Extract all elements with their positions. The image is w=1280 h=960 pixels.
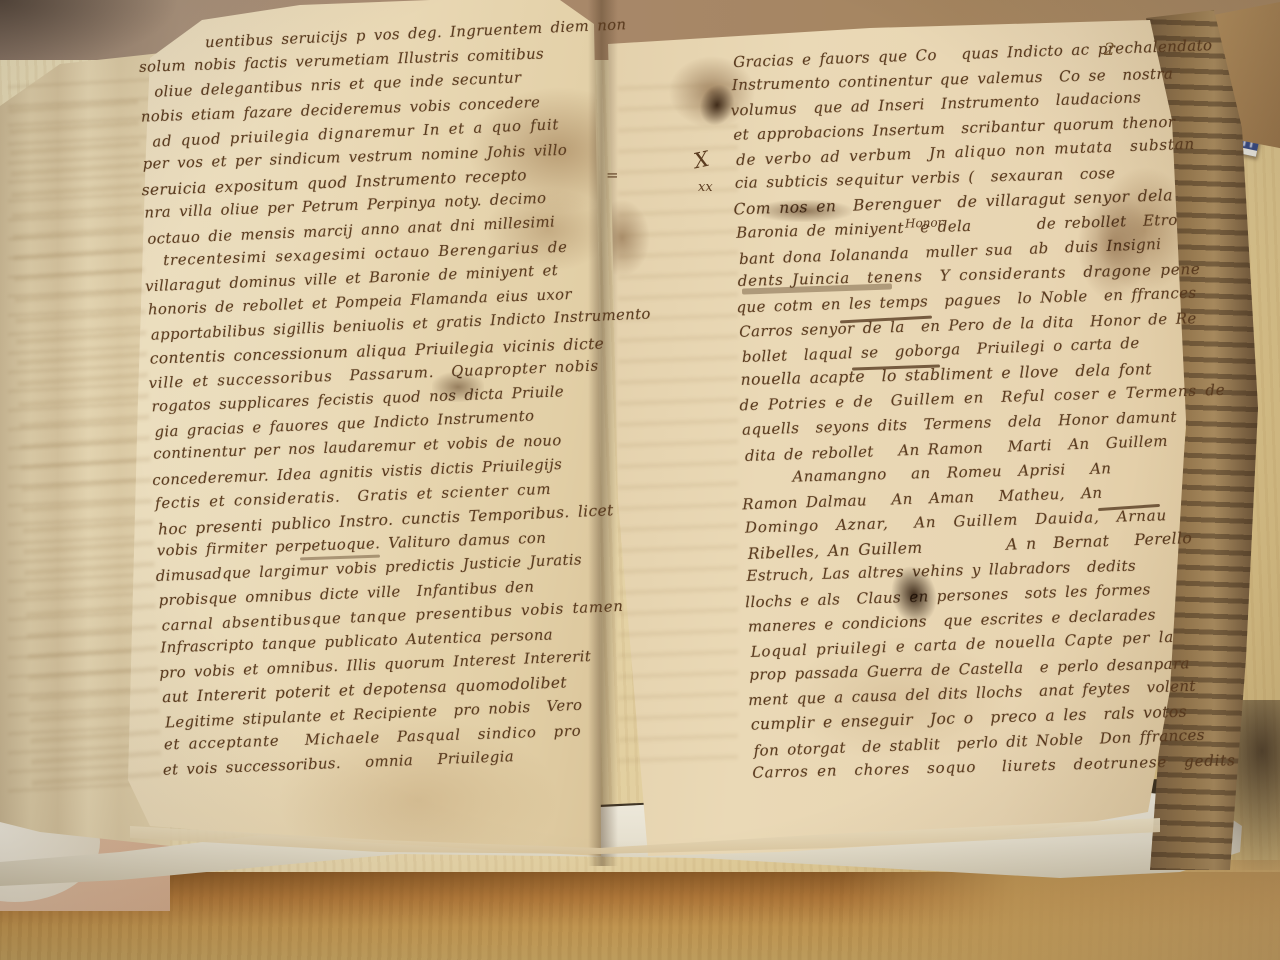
right-page-text: Gracias e fauors que Co quas Indicto ac …: [731, 35, 1205, 808]
page-number: 2: [1104, 40, 1115, 60]
ink-smudge: [756, 200, 852, 222]
left-page-text: uentibus seruicijs p vos deg. Ingruentem…: [138, 16, 626, 812]
ink-smudge: [432, 372, 484, 402]
interlinear-correction: Honor: [905, 215, 944, 230]
margin-equals-mark: =: [606, 166, 618, 184]
bleedthrough-text-left-margin: [8, 88, 162, 792]
water-stain: [1078, 190, 1148, 300]
margin-double-x-mark: xx: [698, 180, 713, 195]
bleedthrough-text-right-margin: [618, 70, 738, 770]
archive-photo: uentibus seruicijs p vos deg. Ingruentem…: [0, 0, 1280, 960]
